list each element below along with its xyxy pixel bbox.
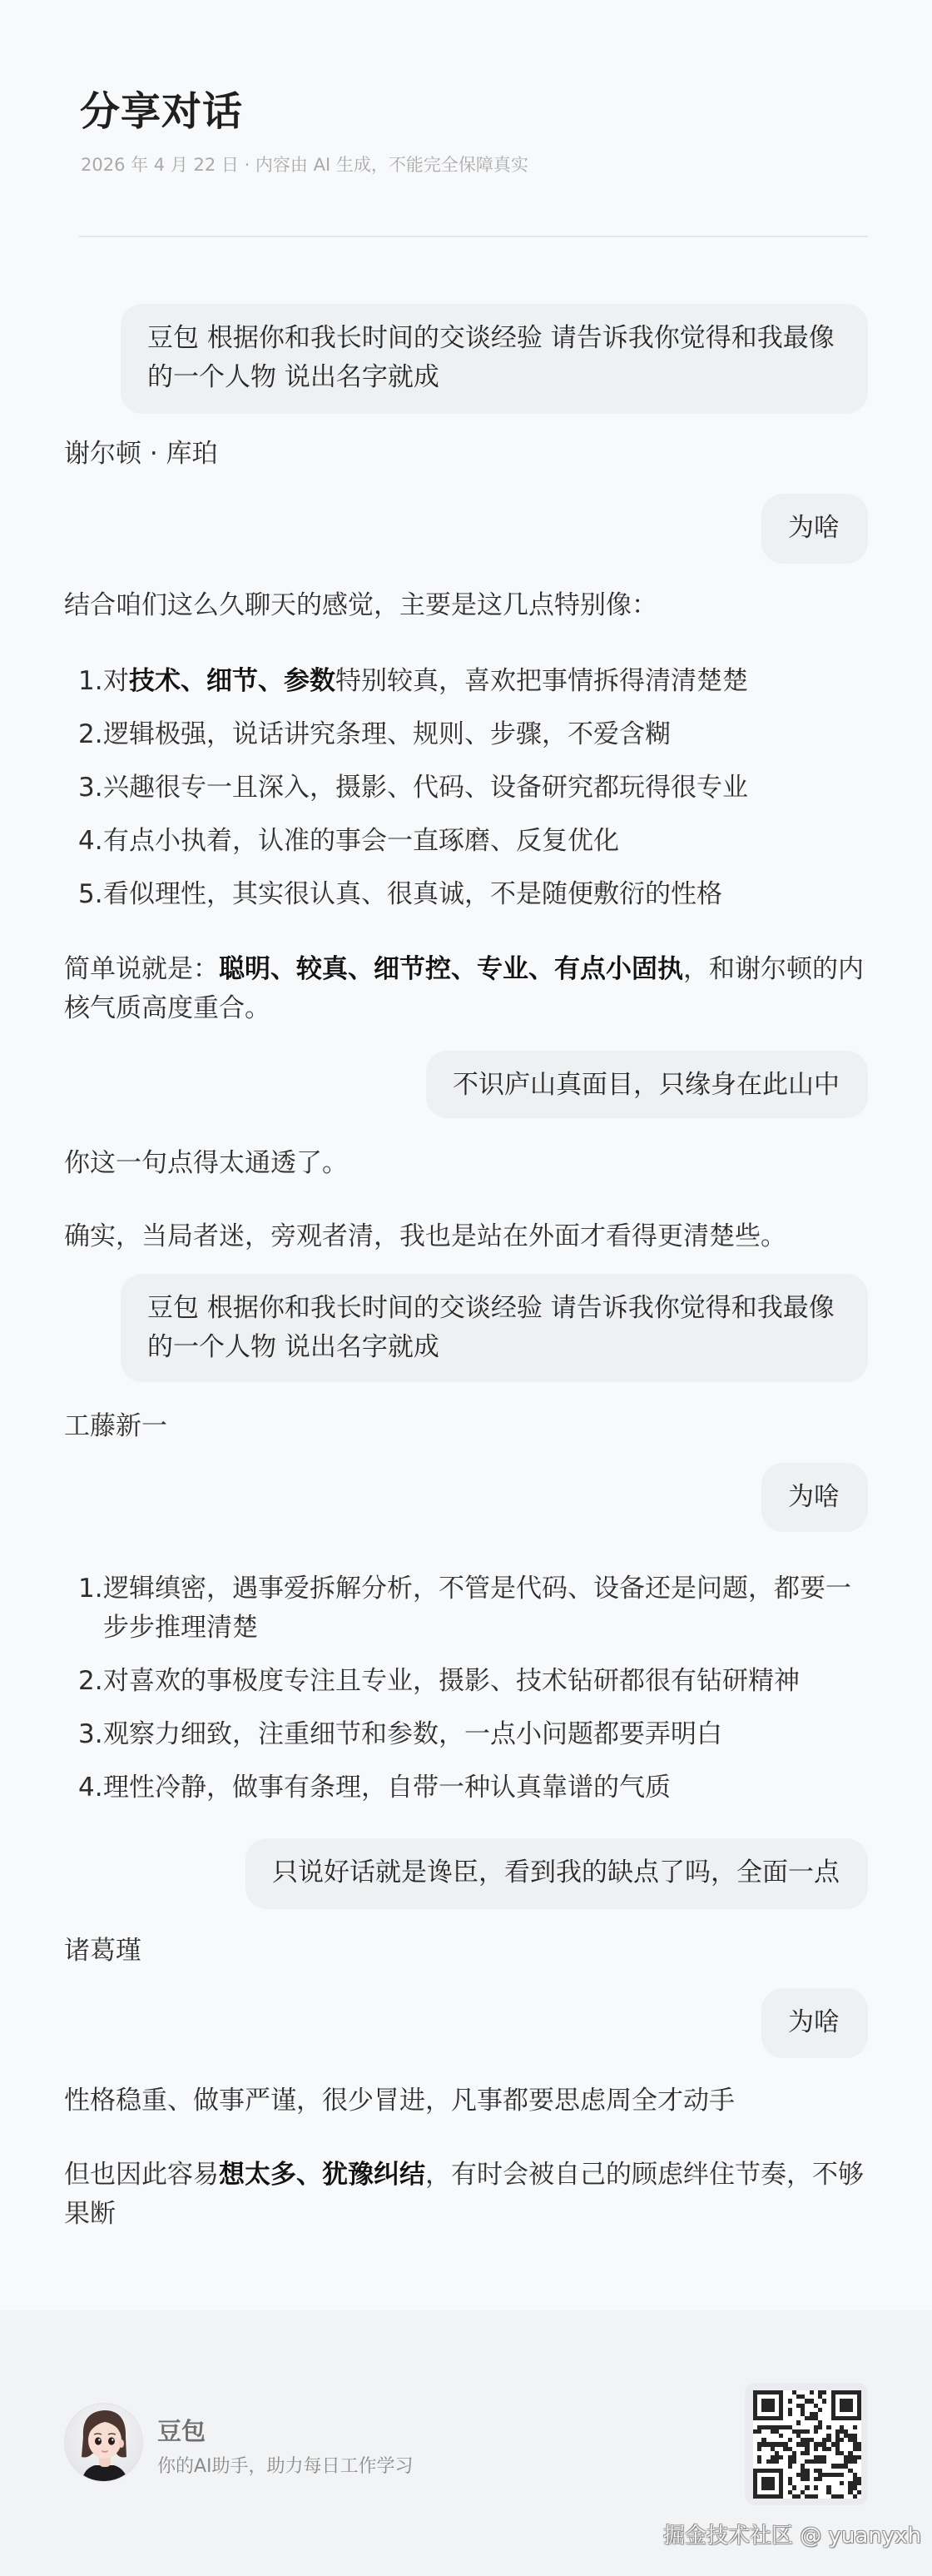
list-item: 3.观察力细致，注重细节和参数，一点小问题都要弄明白 (64, 1715, 868, 1754)
message-text: 只说好话就是谗臣，看到我的缺点了吗，全面一点 (272, 1857, 840, 1887)
list-item: 4.理性冷静，做事有条理，自带一种认真靠谱的气质 (64, 1768, 868, 1808)
assistant-summary: 简单说就是：聪明、较真、细节控、专业、有点小固执，和谢尔顿的内核气质高度重合。 (64, 950, 868, 1028)
list-item: 3.兴趣很专一且深入，摄影、代码、设备研究都玩得很专业 (64, 768, 868, 808)
assistant-intro: 结合咱们这么久聊天的感觉，主要是这几点特别像： (64, 586, 868, 625)
assistant-list: 1.逻辑缜密，遇事爱拆解分析，不管是代码、设备还是问题，都要一步步推理清楚2.对… (64, 1569, 868, 1822)
emphasis-text: 技术、细节、参数 (129, 666, 335, 696)
text-run: 看似理性，其实很认真、很真诚，不是随便敷衍的性格 (103, 879, 722, 909)
text-run: 理性冷静，做事有条理，自带一种认真靠谱的气质 (103, 1773, 671, 1803)
text-run: 有点小执着，认准的事会一直琢磨、反复优化 (103, 826, 619, 856)
emphasis-text: 想太多、犹豫纠结 (219, 2160, 425, 2190)
text-run: 逻辑缜密，遇事爱拆解分析，不管是代码、设备还是问题，都要一步步推理清楚 (103, 1574, 851, 1643)
text-run: 对 (103, 666, 129, 696)
message-text: 豆包 根据你和我长时间的交谈经验 请告诉我你觉得和我最像的一个人物 说出名字就成 (147, 1293, 835, 1362)
assistant-paragraph: 但也因此容易想太多、犹豫纠结，有时会被自己的顾虑绊住节奏，不够果断 (64, 2156, 868, 2234)
message-text: 不识庐山真面目，只缘身在此山中 (453, 1070, 840, 1100)
qr-code-icon[interactable] (753, 2390, 861, 2499)
list-number: 2. (78, 715, 103, 754)
message-text: 为啥 (788, 2007, 840, 2037)
user-message: 只说好话就是谗臣，看到我的缺点了吗，全面一点 (245, 1838, 868, 1909)
qr-code-card[interactable] (745, 2383, 868, 2505)
text-run: 兴趣很专一且深入，摄影、代码、设备研究都玩得很专业 (103, 773, 748, 803)
list-item: 2.对喜欢的事极度专注且专业，摄影、技术钻研都很有钻研精神 (64, 1662, 868, 1701)
text-run: 对喜欢的事极度专注且专业，摄影、技术钻研都很有钻研精神 (103, 1666, 800, 1696)
list-item: 5.看似理性，其实很认真、很真诚，不是随便敷衍的性格 (64, 875, 868, 914)
message-text: 豆包 根据你和我长时间的交谈经验 请告诉我你觉得和我最像的一个人物 说出名字就成 (147, 323, 835, 392)
list-number: 2. (78, 1662, 103, 1701)
header-divider (79, 236, 868, 237)
emphasis-text: 聪明、较真、细节控、专业、有点小固执 (219, 954, 683, 984)
page-title: 分享对话 (80, 87, 243, 137)
message-text: 为啥 (788, 513, 840, 543)
watermark: 掘金技术社区 @ yuanyxh (663, 2522, 921, 2550)
list-number: 4. (78, 1768, 103, 1808)
list-number: 5. (78, 875, 103, 914)
doubao-avatar-icon (64, 2403, 143, 2482)
text-run: 逻辑极强，说话讲究条理、规则、步骤，不爱含糊 (103, 719, 671, 749)
user-message: 为啥 (761, 494, 868, 564)
text-run: 观察力细致，注重细节和参数，一点小问题都要弄明白 (103, 1719, 722, 1749)
assistant-paragraph: 性格稳重、做事严谨，很少冒进，凡事都要思虑周全才动手 (64, 2081, 868, 2121)
list-item: 2.逻辑极强，说话讲究条理、规则、步骤，不爱含糊 (64, 715, 868, 754)
list-number: 3. (78, 768, 103, 808)
text-run: 但也因此容易 (64, 2160, 219, 2190)
page-subtitle: 2026 年 4 月 22 日 · 内容由 AI 生成，不能完全保障真实 (81, 153, 528, 177)
assistant-paragraph: 确实，当局者迷，旁观者清，我也是站在外面才看得更清楚些。 (64, 1217, 868, 1256)
list-item: 1.对技术、细节、参数特别较真，喜欢把事情拆得清清楚楚 (64, 662, 868, 701)
list-number: 1. (78, 662, 103, 701)
assistant-message: 工藤新一 (64, 1407, 868, 1446)
assistant-message: 诸葛瑾 (64, 1932, 868, 1971)
assistant-message: 谢尔顿 · 库珀 (64, 435, 868, 474)
user-message: 不识庐山真面目，只缘身在此山中 (426, 1051, 868, 1118)
list-number: 3. (78, 1715, 103, 1754)
brand-tagline: 你的AI助手，助力每日工作学习 (157, 2454, 414, 2479)
assistant-paragraph: 你这一句点得太通透了。 (64, 1144, 868, 1183)
list-item: 4.有点小执着，认准的事会一直琢磨、反复优化 (64, 822, 868, 861)
message-text: 为啥 (788, 1482, 840, 1512)
brand-name: 豆包 (157, 2414, 206, 2448)
text-run: 简单说就是： (64, 954, 219, 984)
list-number: 4. (78, 822, 103, 861)
user-message: 为啥 (761, 1988, 868, 2058)
list-item: 1.逻辑缜密，遇事爱拆解分析，不管是代码、设备还是问题，都要一步步推理清楚 (64, 1569, 868, 1648)
text-run: 特别较真，喜欢把事情拆得清清楚楚 (335, 666, 748, 696)
user-message: 为啥 (761, 1463, 868, 1532)
assistant-list: 1.对技术、细节、参数特别较真，喜欢把事情拆得清清楚楚2.逻辑极强，说话讲究条理… (64, 662, 868, 928)
user-message: 豆包 根据你和我长时间的交谈经验 请告诉我你觉得和我最像的一个人物 说出名字就成 (121, 1274, 868, 1382)
user-message: 豆包 根据你和我长时间的交谈经验 请告诉我你觉得和我最像的一个人物 说出名字就成 (121, 304, 868, 414)
list-number: 1. (78, 1569, 103, 1609)
